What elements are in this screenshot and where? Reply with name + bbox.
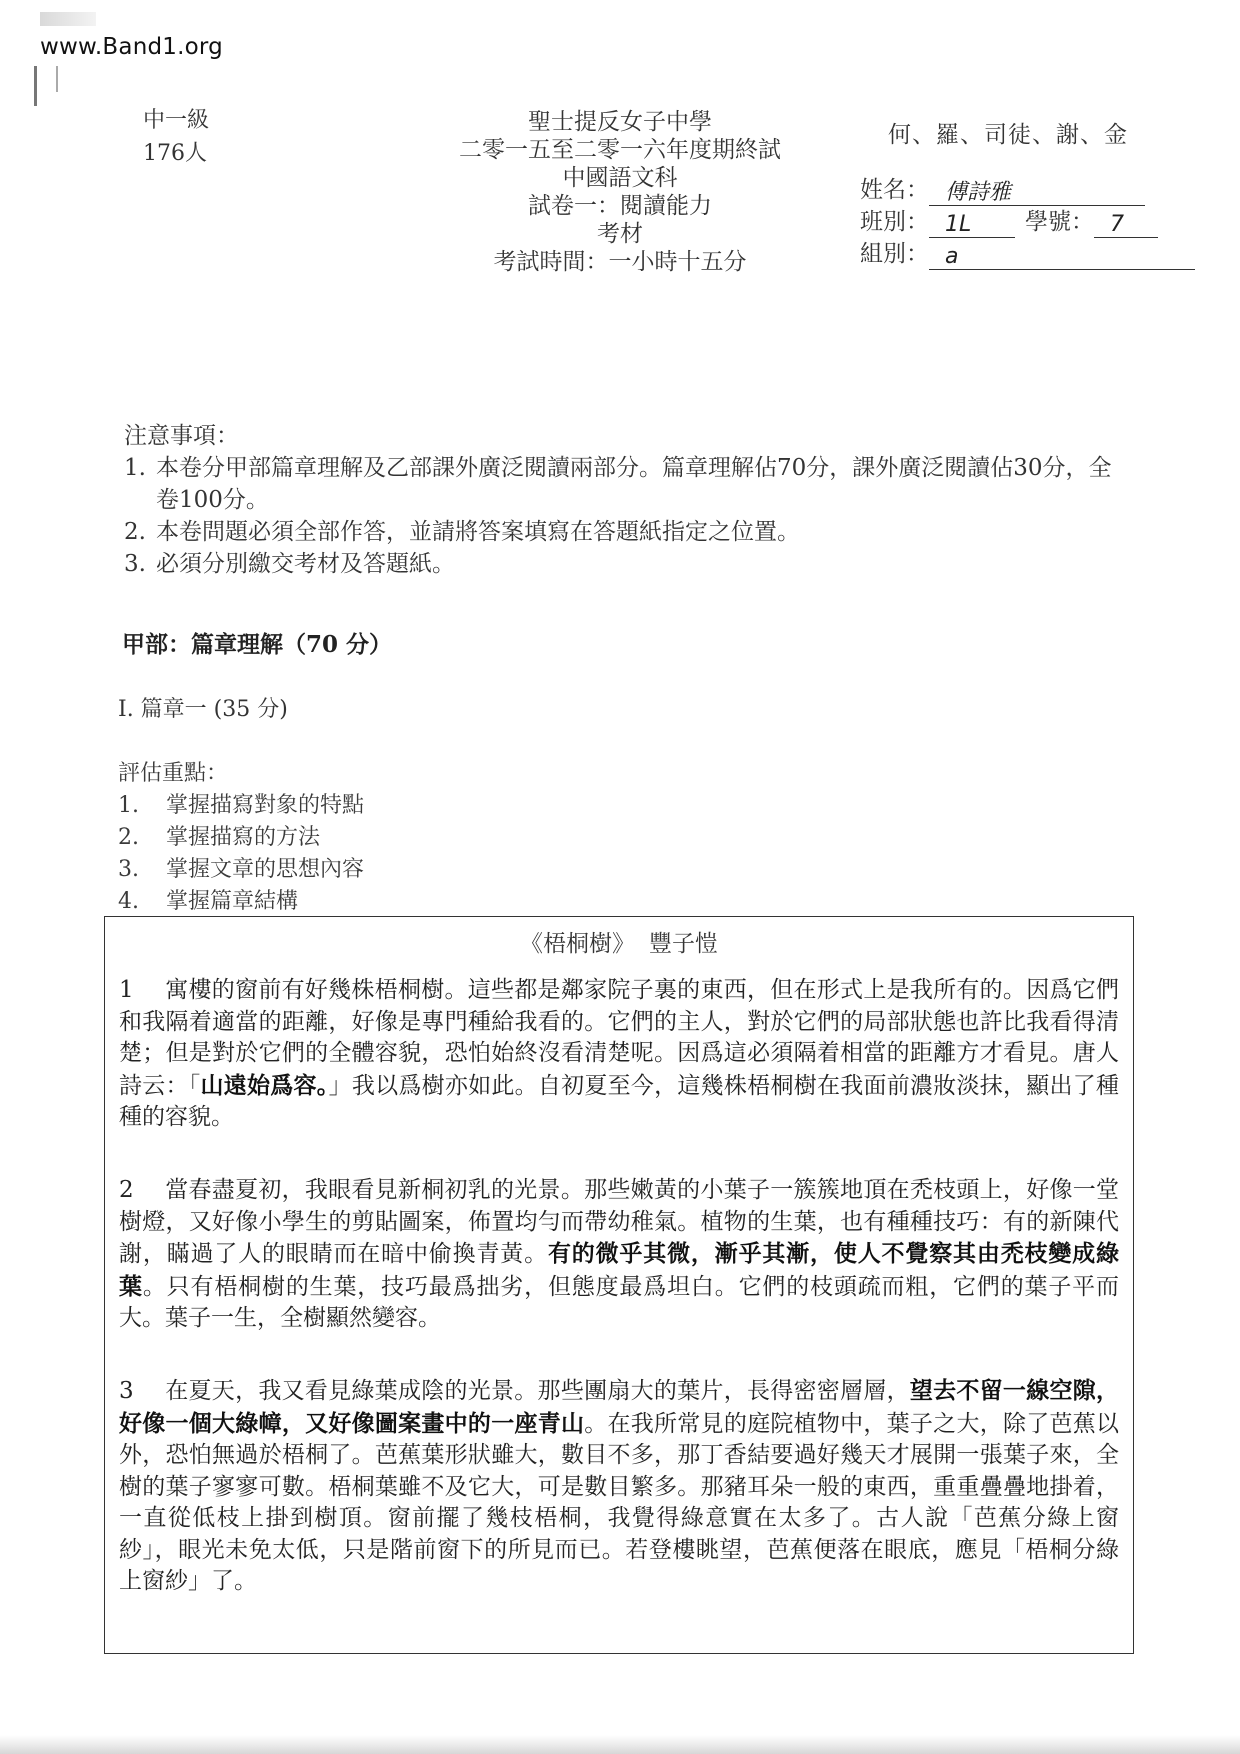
paragraph-number: 2 <box>119 1175 165 1207</box>
paragraph-3: 3在夏天，我又看見綠葉成陰的光景。那些團扇大的葉片，長得密密層層，望去不留一線空… <box>119 1375 1119 1598</box>
scan-edge-shadow <box>0 1735 1240 1754</box>
passage-title: 《梧桐樹》 <box>520 931 635 957</box>
assessment-criteria: 評估重點： 1. 掌握描寫對象的特點 2. 掌握描寫的方法 3. 掌握文章的思想… <box>118 758 364 918</box>
student-count: 176人 <box>143 137 209 170</box>
material-label: 考材 <box>400 220 840 248</box>
criteria-text: 掌握文章的思想內容 <box>166 854 364 886</box>
student-info: 姓名： 傅詩雅 班別： 1L 學號： 7 組別： a <box>860 174 1195 270</box>
group-label: 組別： <box>860 238 929 270</box>
note-number: 3. <box>124 548 156 580</box>
name-row: 姓名： 傅詩雅 <box>860 174 1195 206</box>
group-row: 組別： a <box>860 238 1195 270</box>
notes-title: 注意事項： <box>124 420 1124 452</box>
name-field[interactable]: 傅詩雅 <box>929 177 1145 206</box>
criteria-text: 掌握描寫的方法 <box>166 822 320 854</box>
class-row: 班別： 1L 學號： 7 <box>860 206 1195 238</box>
exam-year: 二零一五至二零一六年度期終試 <box>400 136 840 164</box>
criteria-number: 1. <box>118 790 166 822</box>
watermark-url: www.Band1.org <box>40 34 223 60</box>
exam-notes: 注意事項： 1. 本卷分甲部篇章理解及乙部課外廣泛閱讀兩部分。篇章理解佔70分，… <box>124 420 1124 580</box>
paragraph-text: 。在我所常見的庭院植物中，葉子之大，除了芭蕉以外，恐怕無過於梧桐了。芭蕉葉形狀雖… <box>119 1411 1119 1595</box>
teacher-list: 何、羅、司徒、謝、金 <box>888 116 1128 149</box>
paragraph-1: 1寓樓的窗前有好幾株梧桐樹。這些都是鄰家院子裏的東西，但在形式上是我所有的。因爲… <box>119 975 1119 1134</box>
passage-header: I. 篇章一 (35 分) <box>118 694 288 726</box>
passage-title-line: 《梧桐樹》豐子愷 <box>105 925 1133 958</box>
note-item: 3. 必須分別繳交考材及答題紙。 <box>124 548 1124 580</box>
school-name: 聖士提反女子中學 <box>400 108 840 136</box>
criteria-title: 評估重點： <box>118 758 364 790</box>
criteria-text: 掌握描寫對象的特點 <box>166 790 364 822</box>
name-label: 姓名： <box>860 174 929 206</box>
paragraph-2: 2當春盡夏初，我眼看見新桐初乳的光景。那些嫩黃的小葉子一簇簇地頂在禿枝頭上，好像… <box>119 1175 1119 1335</box>
class-field[interactable]: 1L <box>929 209 1015 238</box>
criteria-item: 4. 掌握篇章結構 <box>118 886 364 918</box>
group-field[interactable]: a <box>929 241 1195 270</box>
note-text: 本卷分甲部篇章理解及乙部課外廣泛閱讀兩部分。篇章理解佔70分，課外廣泛閱讀佔30… <box>156 452 1124 516</box>
note-number: 1. <box>124 452 156 516</box>
note-item: 1. 本卷分甲部篇章理解及乙部課外廣泛閱讀兩部分。篇章理解佔70分，課外廣泛閱讀… <box>124 452 1124 516</box>
scan-smudge <box>40 12 96 26</box>
paragraph-emphasis: 山遠始爲容。 <box>201 1072 329 1099</box>
class-label: 班別： <box>860 206 929 238</box>
criteria-number: 2. <box>118 822 166 854</box>
staple-mark <box>34 66 37 106</box>
staple-mark <box>56 66 58 92</box>
passage-label: I. 篇章一 (35 分) <box>118 694 288 726</box>
section-title: 甲部：篇章理解（70 分） <box>122 626 392 659</box>
note-text: 本卷問題必須全部作答，並請將答案填寫在答題紙指定之位置。 <box>156 516 1124 548</box>
criteria-number: 3. <box>118 854 166 886</box>
number-field[interactable]: 7 <box>1094 209 1158 238</box>
criteria-item: 1. 掌握描寫對象的特點 <box>118 790 364 822</box>
paragraph-text: 。只有梧桐樹的生葉，技巧最爲拙劣，但態度最爲坦白。它們的枝頭疏而粗，它們的葉子平… <box>119 1274 1119 1332</box>
grade-info: 中一級 176人 <box>143 104 209 170</box>
paragraph-number: 1 <box>119 975 165 1007</box>
number-label: 學號： <box>1025 206 1094 238</box>
paragraph-text: 在夏天，我又看見綠葉成陰的光景。那些團扇大的葉片，長得密密層層， <box>165 1378 910 1404</box>
exam-header: 聖士提反女子中學 二零一五至二零一六年度期終試 中國語文科 試卷一：閱讀能力 考… <box>400 108 840 276</box>
note-item: 2. 本卷問題必須全部作答，並請將答案填寫在答題紙指定之位置。 <box>124 516 1124 548</box>
grade-level: 中一級 <box>143 104 209 137</box>
paragraph-number: 3 <box>119 1376 165 1408</box>
criteria-number: 4. <box>118 886 166 918</box>
passage-author: 豐子愷 <box>649 931 718 957</box>
paper-title: 試卷一：閱讀能力 <box>400 192 840 220</box>
criteria-item: 3. 掌握文章的思想內容 <box>118 854 364 886</box>
note-number: 2. <box>124 516 156 548</box>
passage-box: 《梧桐樹》豐子愷 1寓樓的窗前有好幾株梧桐樹。這些都是鄰家院子裏的東西，但在形式… <box>104 916 1134 1654</box>
criteria-item: 2. 掌握描寫的方法 <box>118 822 364 854</box>
note-text: 必須分別繳交考材及答題紙。 <box>156 548 1124 580</box>
exam-duration: 考試時間：一小時十五分 <box>400 248 840 276</box>
criteria-text: 掌握篇章結構 <box>166 886 298 918</box>
subject: 中國語文科 <box>400 164 840 192</box>
